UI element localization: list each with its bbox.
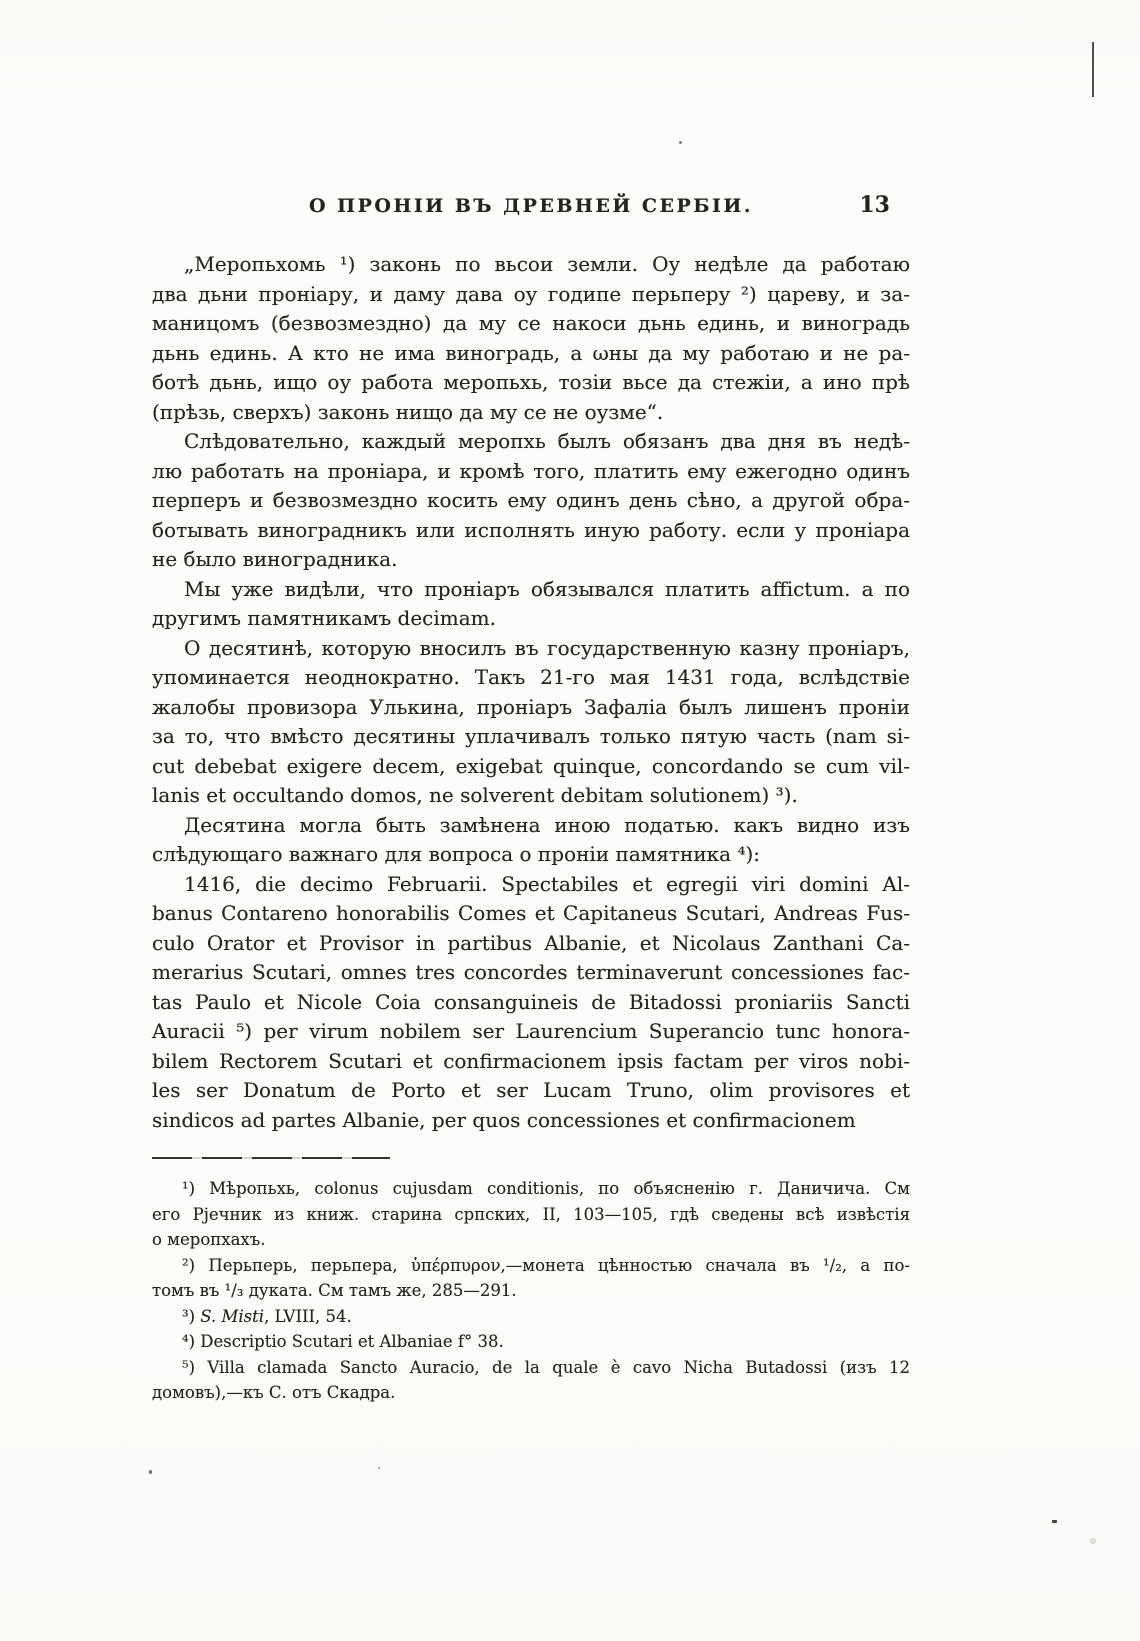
scan-speck (679, 141, 682, 144)
body-line: (прѣзь, сверхъ) законь нищо да му се не … (152, 398, 910, 428)
body-line: Auracii ⁵) per virum nobilem ser Laurenc… (152, 1017, 910, 1047)
body-line: О десятинѣ, которую вносилъ въ государст… (152, 634, 910, 664)
body-line: Десятина могла быть замѣнена иною подать… (152, 811, 910, 841)
footnote-text: , LVIII, 54. (264, 1307, 352, 1326)
scan-edge-artifact (1092, 42, 1094, 97)
body-line: перперъ и безвозмездно косить ему одинъ … (152, 486, 910, 516)
body-line: два дьни проніару, и даму дава оу годипе… (152, 280, 910, 310)
footnote-italic-text: S. Misti (200, 1307, 264, 1326)
footnote-text: ⁵) Villa clamada Sancto Auracio, de la q… (182, 1358, 910, 1377)
body-line: упоминается неоднократно. Такъ 21-го мая… (152, 663, 910, 693)
footnote-line: ¹) Мѣропьхь, colonus cujusdam conditioni… (152, 1176, 910, 1202)
body-line: banus Contareno honorabilis Comes et Cap… (152, 899, 910, 929)
body-line: Слѣдовательно, каждый меропхь былъ обяза… (152, 427, 910, 457)
footnote-line: ⁵) Villa clamada Sancto Auracio, de la q… (152, 1355, 910, 1381)
body-line: „Меропьхомь ¹) законь по вьсои земли. Оу… (152, 250, 910, 280)
body-line: ботывать виноградникъ или исполнять иную… (152, 516, 910, 546)
footnote-line: томъ въ ¹/₃ дуката. См тамъ же, 285—291. (152, 1278, 910, 1304)
body-line: Мы уже видѣли, что проніаръ обязывался п… (152, 575, 910, 605)
footnote-separator (152, 1157, 390, 1159)
body-line: bilem Rectorem Scutari et confirmacionem… (152, 1047, 910, 1077)
footnote-text: его Рјечник из книж. старина српских, II… (152, 1205, 910, 1224)
body-line: жалобы провизора Улькина, проніаръ Зафал… (152, 693, 910, 723)
footnote-text: о меропхахъ. (152, 1230, 265, 1249)
footnote-text: ²) Перьперь, перьпера, ὑπέρπυρον,—монета… (182, 1256, 910, 1275)
footnote-line: ⁴) Descriptio Scutari et Albaniae f° 38. (152, 1329, 910, 1355)
footnote-text: ¹) Мѣропьхь, colonus cujusdam conditioni… (182, 1179, 910, 1198)
body-line: lanis et occultando domos, ne solverent … (152, 781, 910, 811)
body-line: не было виноградника. (152, 545, 910, 575)
footnote-line: домовъ),—къ С. отъ Скадра. (152, 1380, 910, 1406)
body-line: лю работать на проніара, и кромѣ того, п… (152, 457, 910, 487)
body-line: 1416, die decimo Februarii. Spectabiles … (152, 870, 910, 900)
footnote-text: ³) (182, 1307, 200, 1326)
body-line: tas Paulo et Nicole Coia consanguineis d… (152, 988, 910, 1018)
footnote-line: ³) S. Misti, LVIII, 54. (152, 1304, 910, 1330)
body-line: слѣдующаго важнаго для вопроса о проніи … (152, 840, 910, 870)
footnote-text: томъ въ ¹/₃ дуката. См тамъ же, 285—291. (152, 1281, 517, 1300)
footnote-line: его Рјечник из книж. старина српских, II… (152, 1202, 910, 1228)
body-text: „Меропьхомь ¹) законь по вьсои земли. Оу… (152, 250, 910, 1135)
scan-speck (149, 1470, 152, 1474)
body-line: маницомъ (безвозмездно) да му се накоси … (152, 309, 910, 339)
scan-speck (1090, 1538, 1096, 1544)
body-line: дьнь единь. А кто не има виноградь, а ωн… (152, 339, 910, 369)
footnote-line: о меропхахъ. (152, 1227, 910, 1253)
footnote-text: ⁴) Descriptio Scutari et Albaniae f° 38. (182, 1332, 504, 1351)
page-number: 13 (152, 192, 890, 218)
book-page: О ПРОНІИ ВЪ ДРЕВНЕЙ СЕРБІИ. 13 „Меропьхо… (0, 0, 1140, 1641)
body-line: les ser Donatum de Porto et ser Lucam Tr… (152, 1076, 910, 1106)
body-line: ботѣ дьнь, ищо оу работа меропьхь, тозіи… (152, 368, 910, 398)
body-line: другимъ памятникамъ decimam. (152, 604, 910, 634)
body-line: sindicos ad partes Albanie, per quos con… (152, 1106, 910, 1136)
footnotes: ¹) Мѣропьхь, colonus cujusdam conditioni… (152, 1176, 910, 1406)
footnote-text: домовъ),—къ С. отъ Скадра. (152, 1383, 395, 1402)
scan-speck (378, 1467, 380, 1469)
body-line: merarius Scutari, omnes tres concordes t… (152, 958, 910, 988)
body-line: cut debebat exigere decem, exigebat quin… (152, 752, 910, 782)
body-line: culo Orator et Provisor in partibus Alba… (152, 929, 910, 959)
body-line: за то, что вмѣсто десятины уплачивалъ то… (152, 722, 910, 752)
footnote-line: ²) Перьперь, перьпера, ὑπέρπυρον,—монета… (152, 1253, 910, 1279)
scan-speck (1052, 1520, 1057, 1523)
